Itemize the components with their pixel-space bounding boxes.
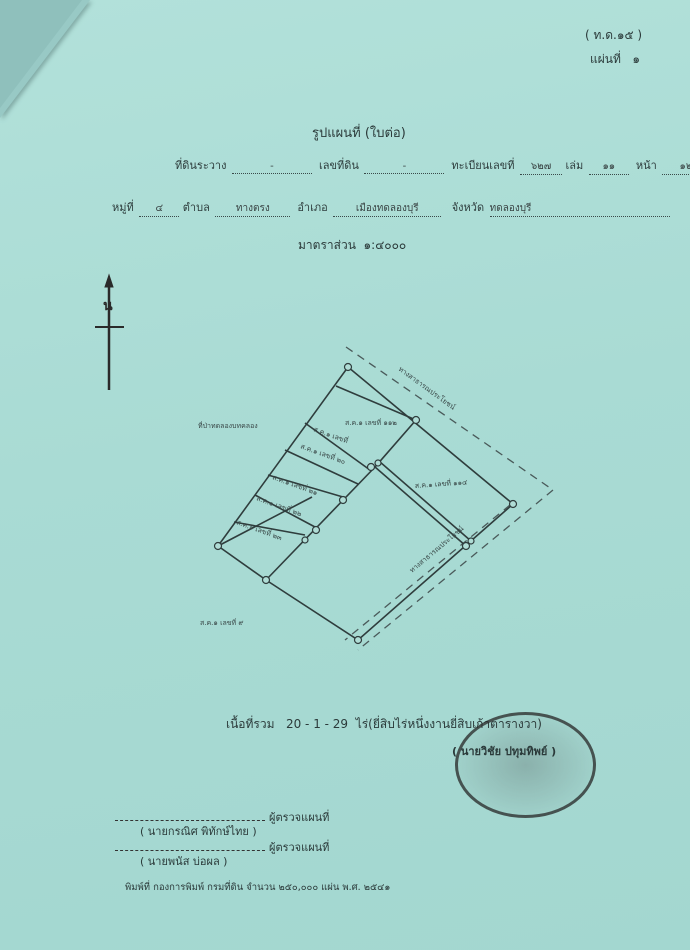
signature-2-role: ผู้ตรวจแผนที่ — [269, 841, 329, 854]
signature-2-line — [115, 850, 265, 851]
road-bottom-label: ทางสาธารณประโยชน์ — [408, 524, 466, 575]
officer-name: ( นายวิชัย ปทุมทิพย์ ) — [452, 742, 556, 760]
bottom-left-label: ส.ค.๑ เลขที่ ๙ — [200, 618, 244, 627]
parcel-top-label: ส.ค.๑ เลขที่ ๑๑๒ — [345, 418, 397, 427]
map-drawing: น ที่ — [0, 0, 690, 950]
left-neighbor-label: ที่ป่าทดลองบทคลอง — [198, 421, 258, 430]
parcel-b-label: ส.ค.๑ เลขที่ ๒๐ — [299, 441, 347, 466]
signature-2-name: ( นายพนัส บ่อผล ) — [140, 852, 227, 870]
north-arrow-icon — [95, 275, 124, 390]
signature-1-line — [115, 820, 265, 821]
area-label: เนื้อที่รวม — [226, 717, 275, 731]
parcel-c-label: ส.ค.๑ เลขที่ ๒๑ — [271, 472, 319, 497]
road-top-edge — [345, 347, 553, 650]
area-value: 20 - 1 - 29 — [286, 717, 348, 731]
official-seal — [455, 712, 596, 818]
signature-1-role: ผู้ตรวจแผนที่ — [269, 811, 329, 824]
print-footer: พิมพ์ที่ กองการพิมพ์ กรมที่ดิน จำนวน ๒๕๐… — [125, 880, 390, 895]
parcel-right-label: ส.ค.๑ เลขที่ ๑๑๔ — [415, 477, 468, 490]
north-label: น — [103, 298, 113, 314]
